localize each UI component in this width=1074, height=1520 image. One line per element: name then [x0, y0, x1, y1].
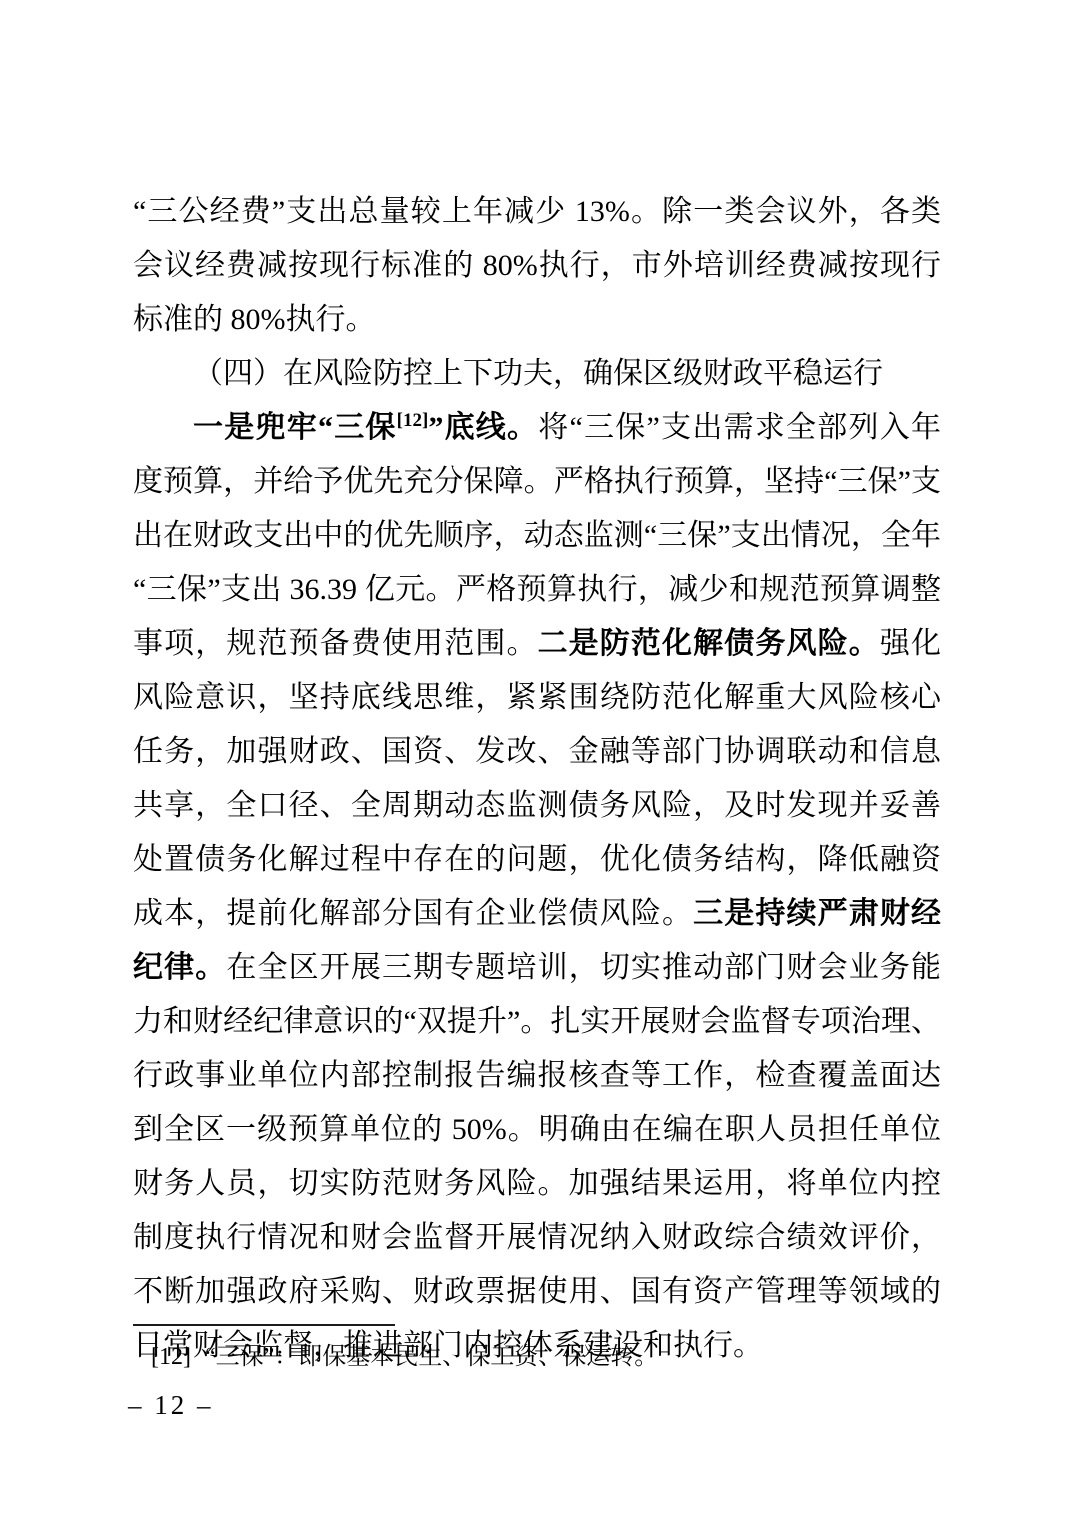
bold-point-one-tail: ”底线。: [428, 411, 538, 444]
body-run-1: 将“三保”支出需求全部列入年度预算，并给予优先充分保障。严格执行预算，坚持“三保…: [133, 411, 941, 660]
footnote-marker: [12]: [151, 1340, 191, 1374]
bold-point-two: 二是防范化解债务风险。: [538, 627, 880, 660]
paragraph-main: 一是兜牢“三保[12]”底线。将“三保”支出需求全部列入年度预算，并给予优先充分…: [133, 401, 941, 1373]
footnote-reference-12: [12]: [397, 410, 429, 431]
bold-point-one: 一是兜牢“三保: [193, 411, 397, 444]
body-run-2: 强化风险意识，坚持底线思维，紧紧围绕防范化解重大风险核心任务，加强财政、国资、发…: [133, 627, 941, 930]
footnote-separator-rule: [133, 1324, 395, 1326]
footnote-text: “三保”：即保基本民生、保工资、保运转。: [205, 1344, 658, 1370]
body-text-block: “三公经费”支出总量较上年减少 13%。除一类会议外，各类会议经费减按现行标准的…: [133, 185, 941, 1373]
document-page: “三公经费”支出总量较上年减少 13%。除一类会议外，各类会议经费减按现行标准的…: [0, 0, 1074, 1520]
footnote: [12]“三保”：即保基本民生、保工资、保运转。: [133, 1340, 941, 1374]
page-number: – 12 –: [128, 1390, 214, 1421]
paragraph-continuation: “三公经费”支出总量较上年减少 13%。除一类会议外，各类会议经费减按现行标准的…: [133, 185, 941, 347]
body-run-3: 在全区开展三期专题培训，切实推动部门财会业务能力和财经纪律意识的“双提升”。扎实…: [133, 951, 941, 1362]
section-heading: （四）在风险防控上下功夫，确保区级财政平稳运行: [133, 347, 941, 401]
